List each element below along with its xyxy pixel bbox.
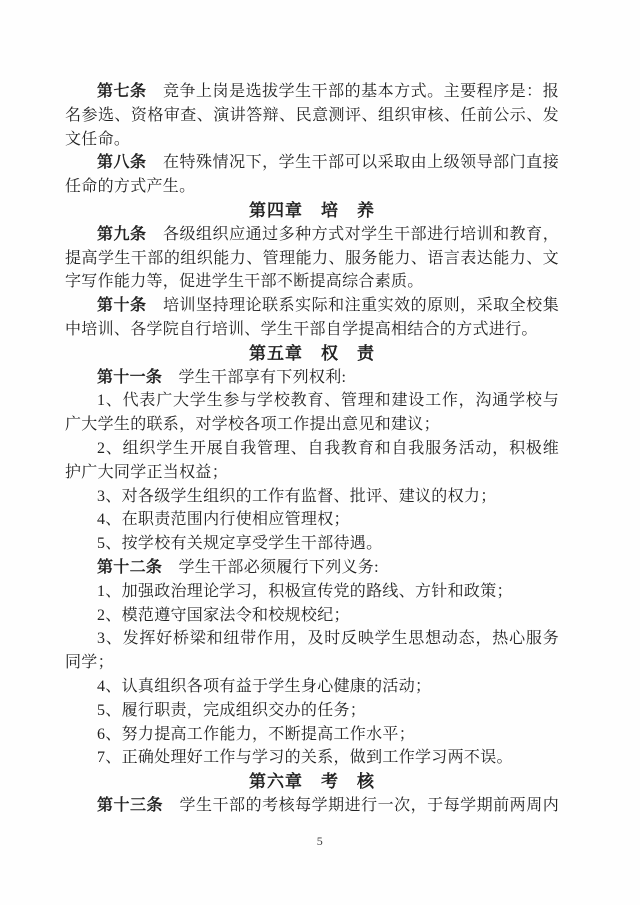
article-number: 第十条	[97, 297, 147, 314]
chapter-heading: 第六章 考 核	[65, 770, 559, 794]
chapter-heading: 第四章 培 养	[65, 199, 559, 223]
text-line: 字写作能力等，促进学生干部不断提高综合素质。	[65, 270, 559, 294]
text-line: 中培训、各学院自行培训、学生干部自学提高相结合的方式进行。	[65, 318, 559, 342]
chapter-heading: 第五章 权 责	[65, 342, 559, 366]
text-line: 6、努力提高工作能力，不断提高工作水平；	[65, 723, 559, 747]
article-number: 第十一条	[97, 369, 162, 386]
text-line: 文任命。	[65, 128, 559, 152]
text-line: 7、正确处理好工作与学习的关系，做到工作学习两不误。	[65, 746, 559, 770]
text-line: 1、代表广大学生参与学校教育、管理和建设工作，沟通学校与	[65, 389, 559, 413]
text-line: 3、对各级学生组织的工作有监督、批评、建议的权力；	[65, 485, 559, 509]
text-line: 第九条 各级组织应通过多种方式对学生干部进行培训和教育，	[65, 223, 559, 247]
text-line: 提高学生干部的组织能力、管理能力、服务能力、语言表达能力、文	[65, 247, 559, 271]
text-line: 任命的方式产生。	[65, 175, 559, 199]
text-line: 广大学生的联系，对学校各项工作提出意见和建议；	[65, 413, 559, 437]
article-number: 第七条	[97, 83, 147, 100]
document-content: 第七条 竞争上岗是选拔学生干部的基本方式。主要程序是：报名参选、资格审查、演讲答…	[65, 80, 559, 818]
text-line: 5、履行职责，完成组织交办的任务；	[65, 699, 559, 723]
text-line: 2、模范遵守国家法令和校规校纪；	[65, 604, 559, 628]
text-line: 第八条 在特殊情况下，学生干部可以采取由上级领导部门直接	[65, 151, 559, 175]
text-line: 4、在职责范围内行使相应管理权；	[65, 508, 559, 532]
text-line: 3、发挥好桥梁和纽带作用，及时反映学生思想动态，热心服务	[65, 627, 559, 651]
page-number: 5	[0, 834, 640, 849]
text-line: 5、按学校有关规定享受学生干部待遇。	[65, 532, 559, 556]
text-line: 同学；	[65, 651, 559, 675]
text-line: 第七条 竞争上岗是选拔学生干部的基本方式。主要程序是：报	[65, 80, 559, 104]
article-number: 第十三条	[97, 797, 163, 814]
document-page: 第七条 竞争上岗是选拔学生干部的基本方式。主要程序是：报名参选、资格审查、演讲答…	[0, 0, 640, 905]
text-line: 名参选、资格审查、演讲答辩、民意测评、组织审核、任前公示、发	[65, 104, 559, 128]
article-number: 第十二条	[97, 559, 162, 576]
article-number: 第九条	[97, 226, 147, 243]
text-line: 2、组织学生开展自我管理、自我教育和自我服务活动，积极维	[65, 437, 559, 461]
text-line: 4、认真组织各项有益于学生身心健康的活动；	[65, 675, 559, 699]
text-line: 第十三条 学生干部的考核每学期进行一次，于每学期前两周内	[65, 794, 559, 818]
text-line: 1、加强政治理论学习，积极宣传党的路线、方针和政策；	[65, 580, 559, 604]
text-line: 第十二条 学生干部必须履行下列义务:	[65, 556, 559, 580]
article-number: 第八条	[97, 154, 147, 171]
text-line: 第十条 培训坚持理论联系实际和注重实效的原则，采取全校集	[65, 294, 559, 318]
text-line: 护广大同学正当权益；	[65, 461, 559, 485]
text-line: 第十一条 学生干部享有下列权利:	[65, 366, 559, 390]
